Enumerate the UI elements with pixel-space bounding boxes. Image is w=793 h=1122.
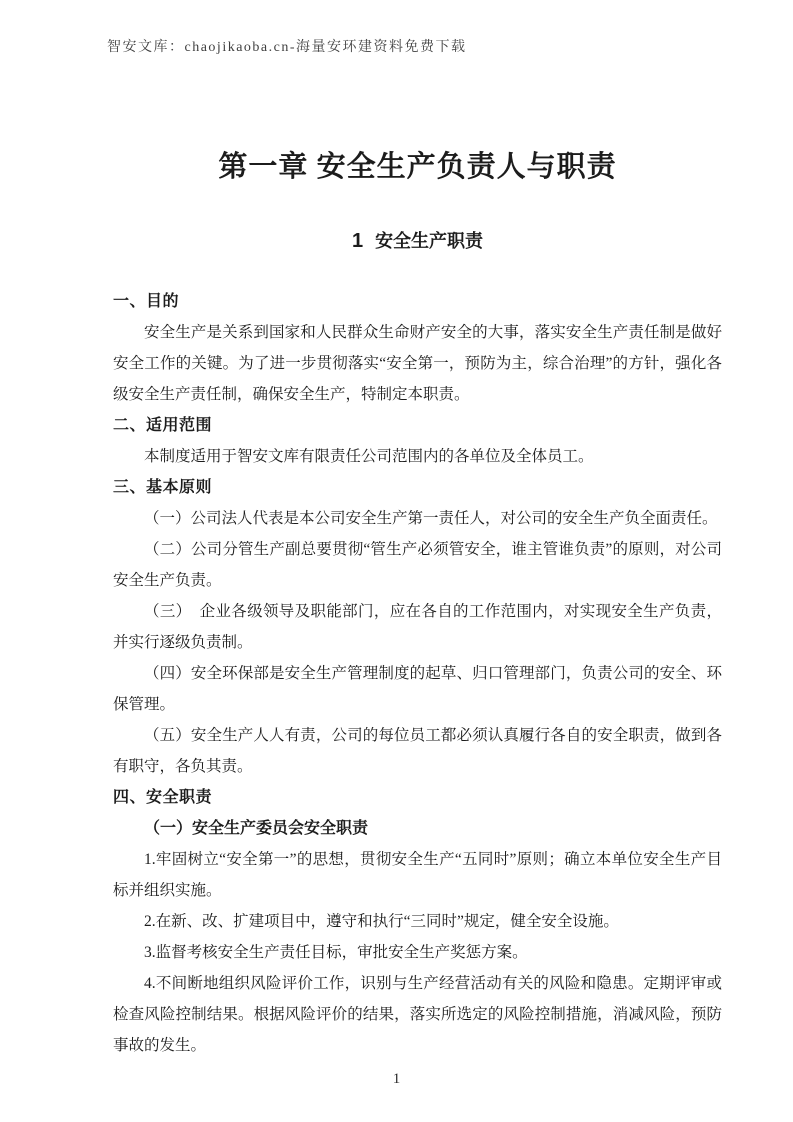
section-title-line: 1安全生产职责 bbox=[113, 228, 722, 254]
paragraph: 3.监督考核安全生产责任目标，审批安全生产奖惩方案。 bbox=[113, 937, 722, 968]
section-heading: 三、基本原则 bbox=[113, 472, 722, 503]
document-page: 智安文库：chaojikaoba.cn-海量安环建资料免费下载 第一章 安全生产… bbox=[0, 0, 793, 1122]
section-number: 1 bbox=[352, 230, 363, 252]
section-title: 安全生产职责 bbox=[375, 231, 483, 251]
document-body: 第一章 安全生产负责人与职责 1安全生产职责 一、目的 安全生产是关系到国家和人… bbox=[113, 150, 722, 1061]
subsection-heading: （一）安全生产委员会安全职责 bbox=[113, 813, 722, 844]
section-heading: 二、适用范围 bbox=[113, 410, 722, 441]
section-heading: 一、目的 bbox=[113, 286, 722, 317]
page-number: 1 bbox=[0, 1071, 793, 1088]
paragraph: （二）公司分管生产副总要贯彻“管生产必须管安全，谁主管谁负责”的原则，对公司安全… bbox=[113, 534, 722, 596]
paragraph: 安全生产是关系到国家和人民群众生命财产安全的大事，落实安全生产责任制是做好安全工… bbox=[113, 317, 722, 410]
paragraph: 2.在新、改、扩建项目中，遵守和执行“三同时”规定，健全安全设施。 bbox=[113, 906, 722, 937]
paragraph: （一）公司法人代表是本公司安全生产第一责任人，对公司的安全生产负全面责任。 bbox=[113, 503, 722, 534]
document-blocks: 一、目的 安全生产是关系到国家和人民群众生命财产安全的大事，落实安全生产责任制是… bbox=[113, 286, 722, 1061]
paragraph: （五）安全生产人人有责，公司的每位员工都必须认真履行各自的安全职责，做到各有职守… bbox=[113, 720, 722, 782]
paragraph: 1.牢固树立“安全第一”的思想，贯彻安全生产“五同时”原则；确立本单位安全生产目… bbox=[113, 844, 722, 906]
paragraph: （四）安全环保部是安全生产管理制度的起草、归口管理部门，负责公司的安全、环保管理… bbox=[113, 658, 722, 720]
chapter-title: 第一章 安全生产负责人与职责 bbox=[113, 150, 722, 184]
section-heading: 四、安全职责 bbox=[113, 782, 722, 813]
header-watermark: 智安文库：chaojikaoba.cn-海量安环建资料免费下载 bbox=[107, 36, 467, 56]
paragraph: （三） 企业各级领导及职能部门，应在各自的工作范围内，对实现安全生产负责，并实行… bbox=[113, 596, 722, 658]
paragraph: 4.不间断地组织风险评价工作，识别与生产经营活动有关的风险和隐患。定期评审或检查… bbox=[113, 968, 722, 1061]
paragraph: 本制度适用于智安文库有限责任公司范围内的各单位及全体员工。 bbox=[113, 441, 722, 472]
